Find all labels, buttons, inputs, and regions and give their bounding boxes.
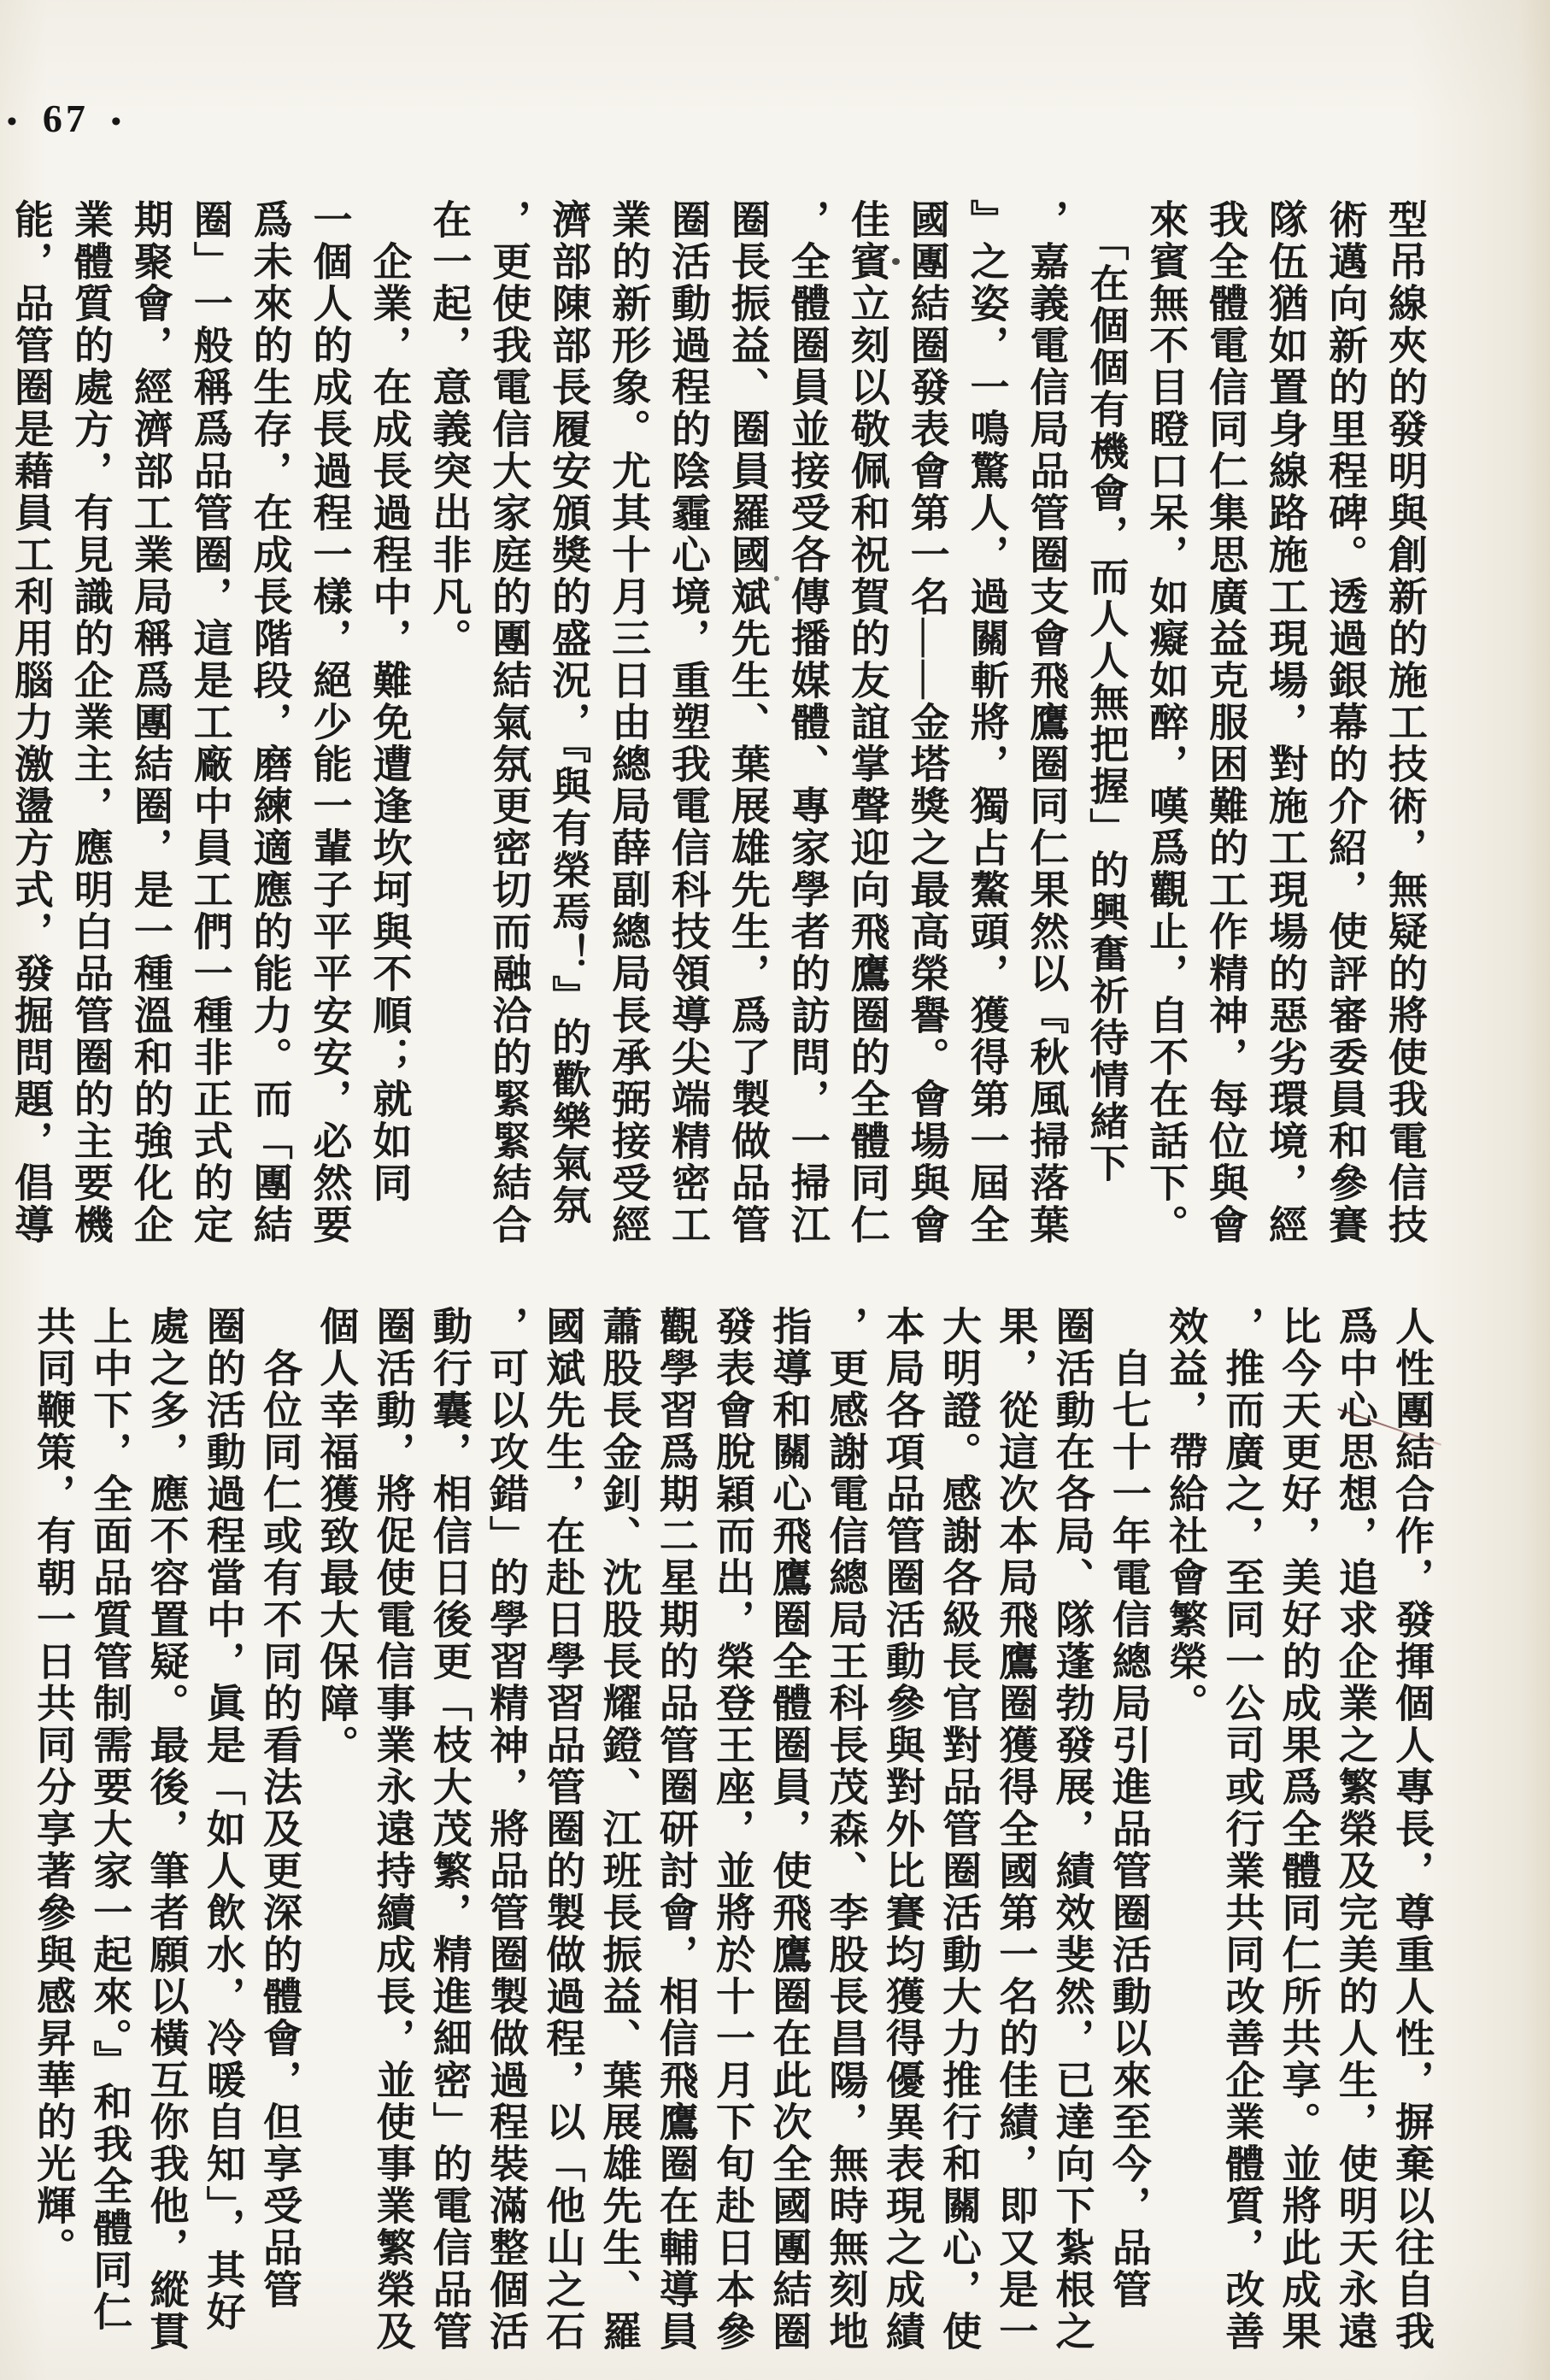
text-column: 在一起，意義突出非凡。	[429, 199, 468, 1252]
text-column: 比今天更好，美好的成果爲全體同仁所共享。並將此成果	[1279, 1306, 1318, 2359]
text-column: 型吊線夾的發明與創新的施工技術，無疑的將使我電信技	[1385, 199, 1424, 1252]
text-column: 圈」一般稱爲品管圈，這是工廠中員工們一種非正式的定	[191, 199, 230, 1252]
text-column: 』之姿，一鳴驚人，過關斬將，獨占鰲頭，獲得第一屆全	[967, 199, 1007, 1252]
text-column: 爲中心思想，追求企業之繁榮及完美的人生，使明天永遠	[1336, 1306, 1375, 2359]
text-column: 指導和關心飛鷹圈全體圈員，使飛鷹圈在此次全國團結圈	[769, 1306, 808, 2359]
text-column: 「在個個有機會，而人人無把握」的興奮祈待情緒下	[1086, 199, 1125, 1252]
upper-text-block: 型吊線夾的發明與創新的施工技術，無疑的將使我電信技術邁向新的里程碑。透過銀幕的介…	[11, 199, 1424, 1252]
ink-spot-artifact	[892, 258, 900, 265]
page-number: • 67 •	[7, 96, 125, 141]
text-column: 共同鞭策，有朝一日共同分享著參與感昇華的光輝。	[33, 1306, 73, 2359]
text-column: ，全體圈員並接受各傳播媒體、專家學者的訪問，一掃江	[788, 199, 827, 1252]
text-column: 圈活動在各局、隊蓬勃發展，績效斐然，已達向下紮根之	[1053, 1306, 1092, 2359]
page-number-value: 67	[43, 96, 89, 141]
text-column: 果，從這次本局飛鷹圈獲得全國第一名的佳績，即又是一	[995, 1306, 1035, 2359]
text-column: 上中下，全面品質管制需要大家一起來。』和我全體同仁	[90, 1306, 129, 2359]
text-column: 一個人的成長過程一樣，絕少能一輩子平平安安，必然要	[310, 199, 349, 1252]
lower-text-block: 人性團結合作，發揮個人專長，尊重人性，摒棄以往自我爲中心思想，追求企業之繁榮及完…	[33, 1306, 1431, 2359]
text-column: 我全體電信同仁集思廣益克服困難的工作精神，每位與會	[1206, 199, 1245, 1252]
text-column: 觀學習爲期二星期的品管圈研討會，相信飛鷹圈在輔導員	[656, 1306, 696, 2359]
text-column: 圈長振益、圈員羅國斌先生、葉展雄先生，爲了製做品管	[728, 199, 767, 1252]
text-column: 處之多，應不容置疑。最後，筆者願以橫互你我他，縱貫	[147, 1306, 186, 2359]
scanned-document-page: • 67 • 型吊線夾的發明與創新的施工技術，無疑的將使我電信技術邁向新的里程碑…	[0, 0, 1550, 2380]
text-column: 動行囊，相信日後更「枝大茂繁，精進細密」的電信品管	[430, 1306, 469, 2359]
text-column: 國斌先生，在赴日學習品管圈的製做過程，以「他山之石	[543, 1306, 582, 2359]
text-column: 濟部陳部長履安頒獎的盛況，『與有榮焉！』的歡樂氣氛	[549, 199, 588, 1252]
ink-spot-artifact	[774, 576, 779, 581]
text-column: 個人幸福獲致最大保障。	[316, 1306, 355, 2359]
text-column: ，更使我電信大家庭的團結氣氛更密切而融洽的緊緊結合	[489, 199, 528, 1252]
text-column: 人性團結合作，發揮個人專長，尊重人性，摒棄以往自我	[1392, 1306, 1431, 2359]
text-column: ，嘉義電信局品管圈支會飛鷹圈同仁果然以『秋風掃落葉	[1026, 199, 1066, 1252]
text-column: 業體質的處方，有見識的企業主，應明白品管圈的主要機	[71, 199, 110, 1252]
text-column: ，更感謝電信總局王科長茂森、李股長昌陽，無時無刻地	[826, 1306, 866, 2359]
text-column: ，推而廣之，至同一公司或行業共同改善企業體質，改善	[1222, 1306, 1261, 2359]
text-column: 企業，在成長過程中，難免遭逢坎坷與不順；就如同	[369, 199, 408, 1252]
text-column: 自七十一年電信總局引進品管圈活動以來至今，品管	[1109, 1306, 1148, 2359]
text-column: 能，品管圈是藉員工利用腦力激盪方式，發掘問題，倡導	[11, 199, 50, 1252]
text-column: 業的新形象。尤其十月三日由總局薛副總局長承弼接受經	[608, 199, 648, 1252]
text-column: 爲未來的生存，在成長階段，磨練適應的能力。而「團結	[250, 199, 290, 1252]
text-column: 蕭股長金釗、沈股長耀鐙、江班長振益、葉展雄先生、羅	[600, 1306, 639, 2359]
text-column: ，可以攻錯」的學習精神，將品管圈製做過程裝滿整個活	[486, 1306, 525, 2359]
text-column: 大明證。感謝各級長官對品管圈活動大力推行和關心，使	[939, 1306, 978, 2359]
text-column: 圈活動過程的陰霾心境，重塑我電信科技領導尖端精密工	[668, 199, 707, 1252]
text-column: 發表會脫穎而出，榮登王座，並將於十一月下旬赴日本參	[713, 1306, 752, 2359]
text-column: 術邁向新的里程碑。透過銀幕的介紹，使評審委員和參賽	[1325, 199, 1365, 1252]
page-number-left-dot: •	[7, 108, 21, 137]
text-column: 期聚會，經濟部工業局稱爲團結圈，是一種溫和的強化企	[131, 199, 170, 1252]
text-column: 佳賓立刻以敬佩和祝賀的友誼掌聲迎向飛鷹圈的全體同仁	[848, 199, 887, 1252]
text-column: 圈的活動過程當中，眞是「如人飲水，冷暖自知」，其好	[203, 1306, 243, 2359]
text-column: 本局各項品管圈活動參與對外比賽均獲得優異表現之成績	[883, 1306, 922, 2359]
text-column: 圈活動，將促使電信事業永遠持續成長，並使事業繁榮及	[373, 1306, 413, 2359]
text-column: 各位同仁或有不同的看法及更深的體會，但享受品管	[260, 1306, 299, 2359]
page-number-right-dot: •	[111, 108, 125, 137]
text-column: 效益，帶給社會繁榮。	[1165, 1306, 1205, 2359]
text-column: 隊伍猶如置身線路施工現場，對施工現場的惡劣環境，經	[1265, 199, 1305, 1252]
text-column: 來賓無不目瞪口呆，如癡如醉，嘆爲觀止，自不在話下。	[1146, 199, 1185, 1252]
text-column: 國團結圈發表會第一名——金塔獎之最高榮譽。會場與會	[907, 199, 947, 1252]
